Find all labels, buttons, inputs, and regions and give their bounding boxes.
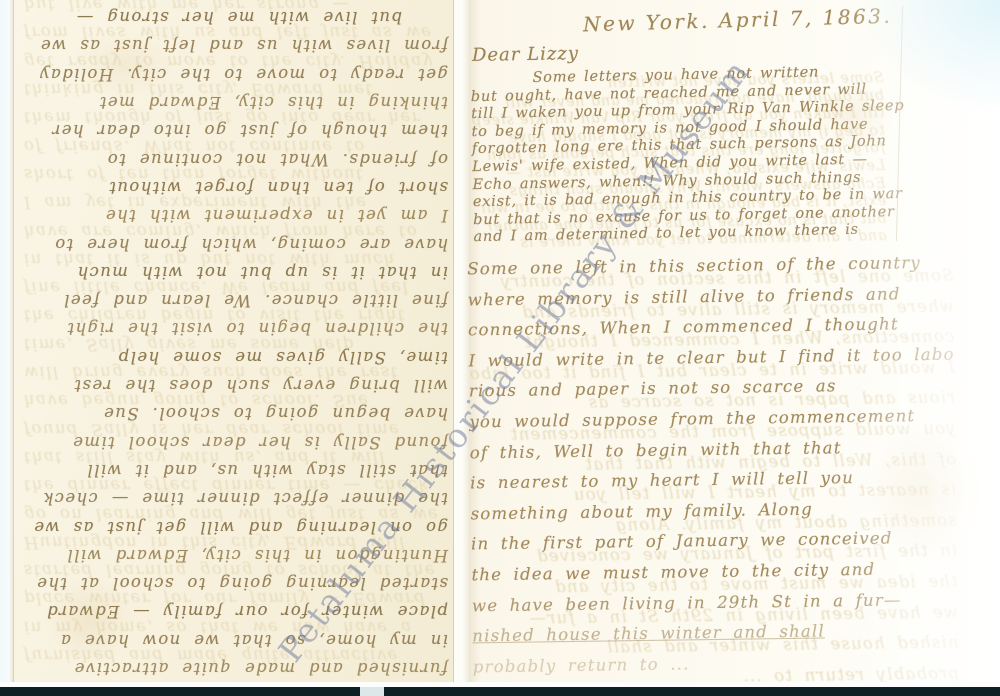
dateline: New York. April 7, 1863. <box>583 4 893 37</box>
letter-line: time, Sally gives me some help <box>20 342 448 370</box>
scanner-bar-bottom <box>0 687 1000 696</box>
letter-line: that still stay with us, and it will <box>20 456 448 484</box>
letter-line: short of ten than forget without <box>20 173 448 201</box>
letter-line: them though of just go into dear her <box>20 116 448 144</box>
left-page-handwriting: furnished and made quite attractivein my… <box>20 2 448 682</box>
scanner-edge-left <box>0 0 13 696</box>
letter-line: place winter for our family — Edward <box>20 597 448 625</box>
letter-line: in that it is up but not with much <box>20 258 448 286</box>
letter-scan-canvas: furnished and made quite attractivein my… <box>0 0 1000 696</box>
letter-line: but live with me her strong — <box>20 3 448 31</box>
letter-line: the children begin to visit the right <box>20 314 448 342</box>
letter-line: I am yet in experiment with the <box>20 201 448 229</box>
letter-line: started learning going to school at the <box>20 569 448 597</box>
letter-line: will bring every such does the rest <box>20 371 448 399</box>
scanner-bar-notch <box>360 687 384 696</box>
letter-line: furnished and made quite attractive <box>20 654 448 682</box>
letter-line: from lives with us and left just as we <box>20 31 448 59</box>
scanner-corner-tint <box>860 0 1000 110</box>
salutation: Dear Lizzy <box>472 43 579 66</box>
letter-line: fine little chance. We learn and feel <box>20 286 448 314</box>
letter-line: have are coming, which from here to <box>20 229 448 257</box>
letter-line: thinking in this city, Edward met <box>20 88 448 116</box>
left-page: furnished and made quite attractivein my… <box>13 0 454 684</box>
letter-line: have begun going to school. Sue <box>20 399 448 427</box>
center-fold-gap <box>453 0 469 684</box>
letter-line: of friends. What not continue to <box>20 144 448 172</box>
letter-line: in my home, so that we now have a <box>20 625 448 653</box>
letter-line: get ready to move to the city. Holiday <box>20 59 448 87</box>
letter-line: found Sally is her dear school time <box>20 427 448 455</box>
